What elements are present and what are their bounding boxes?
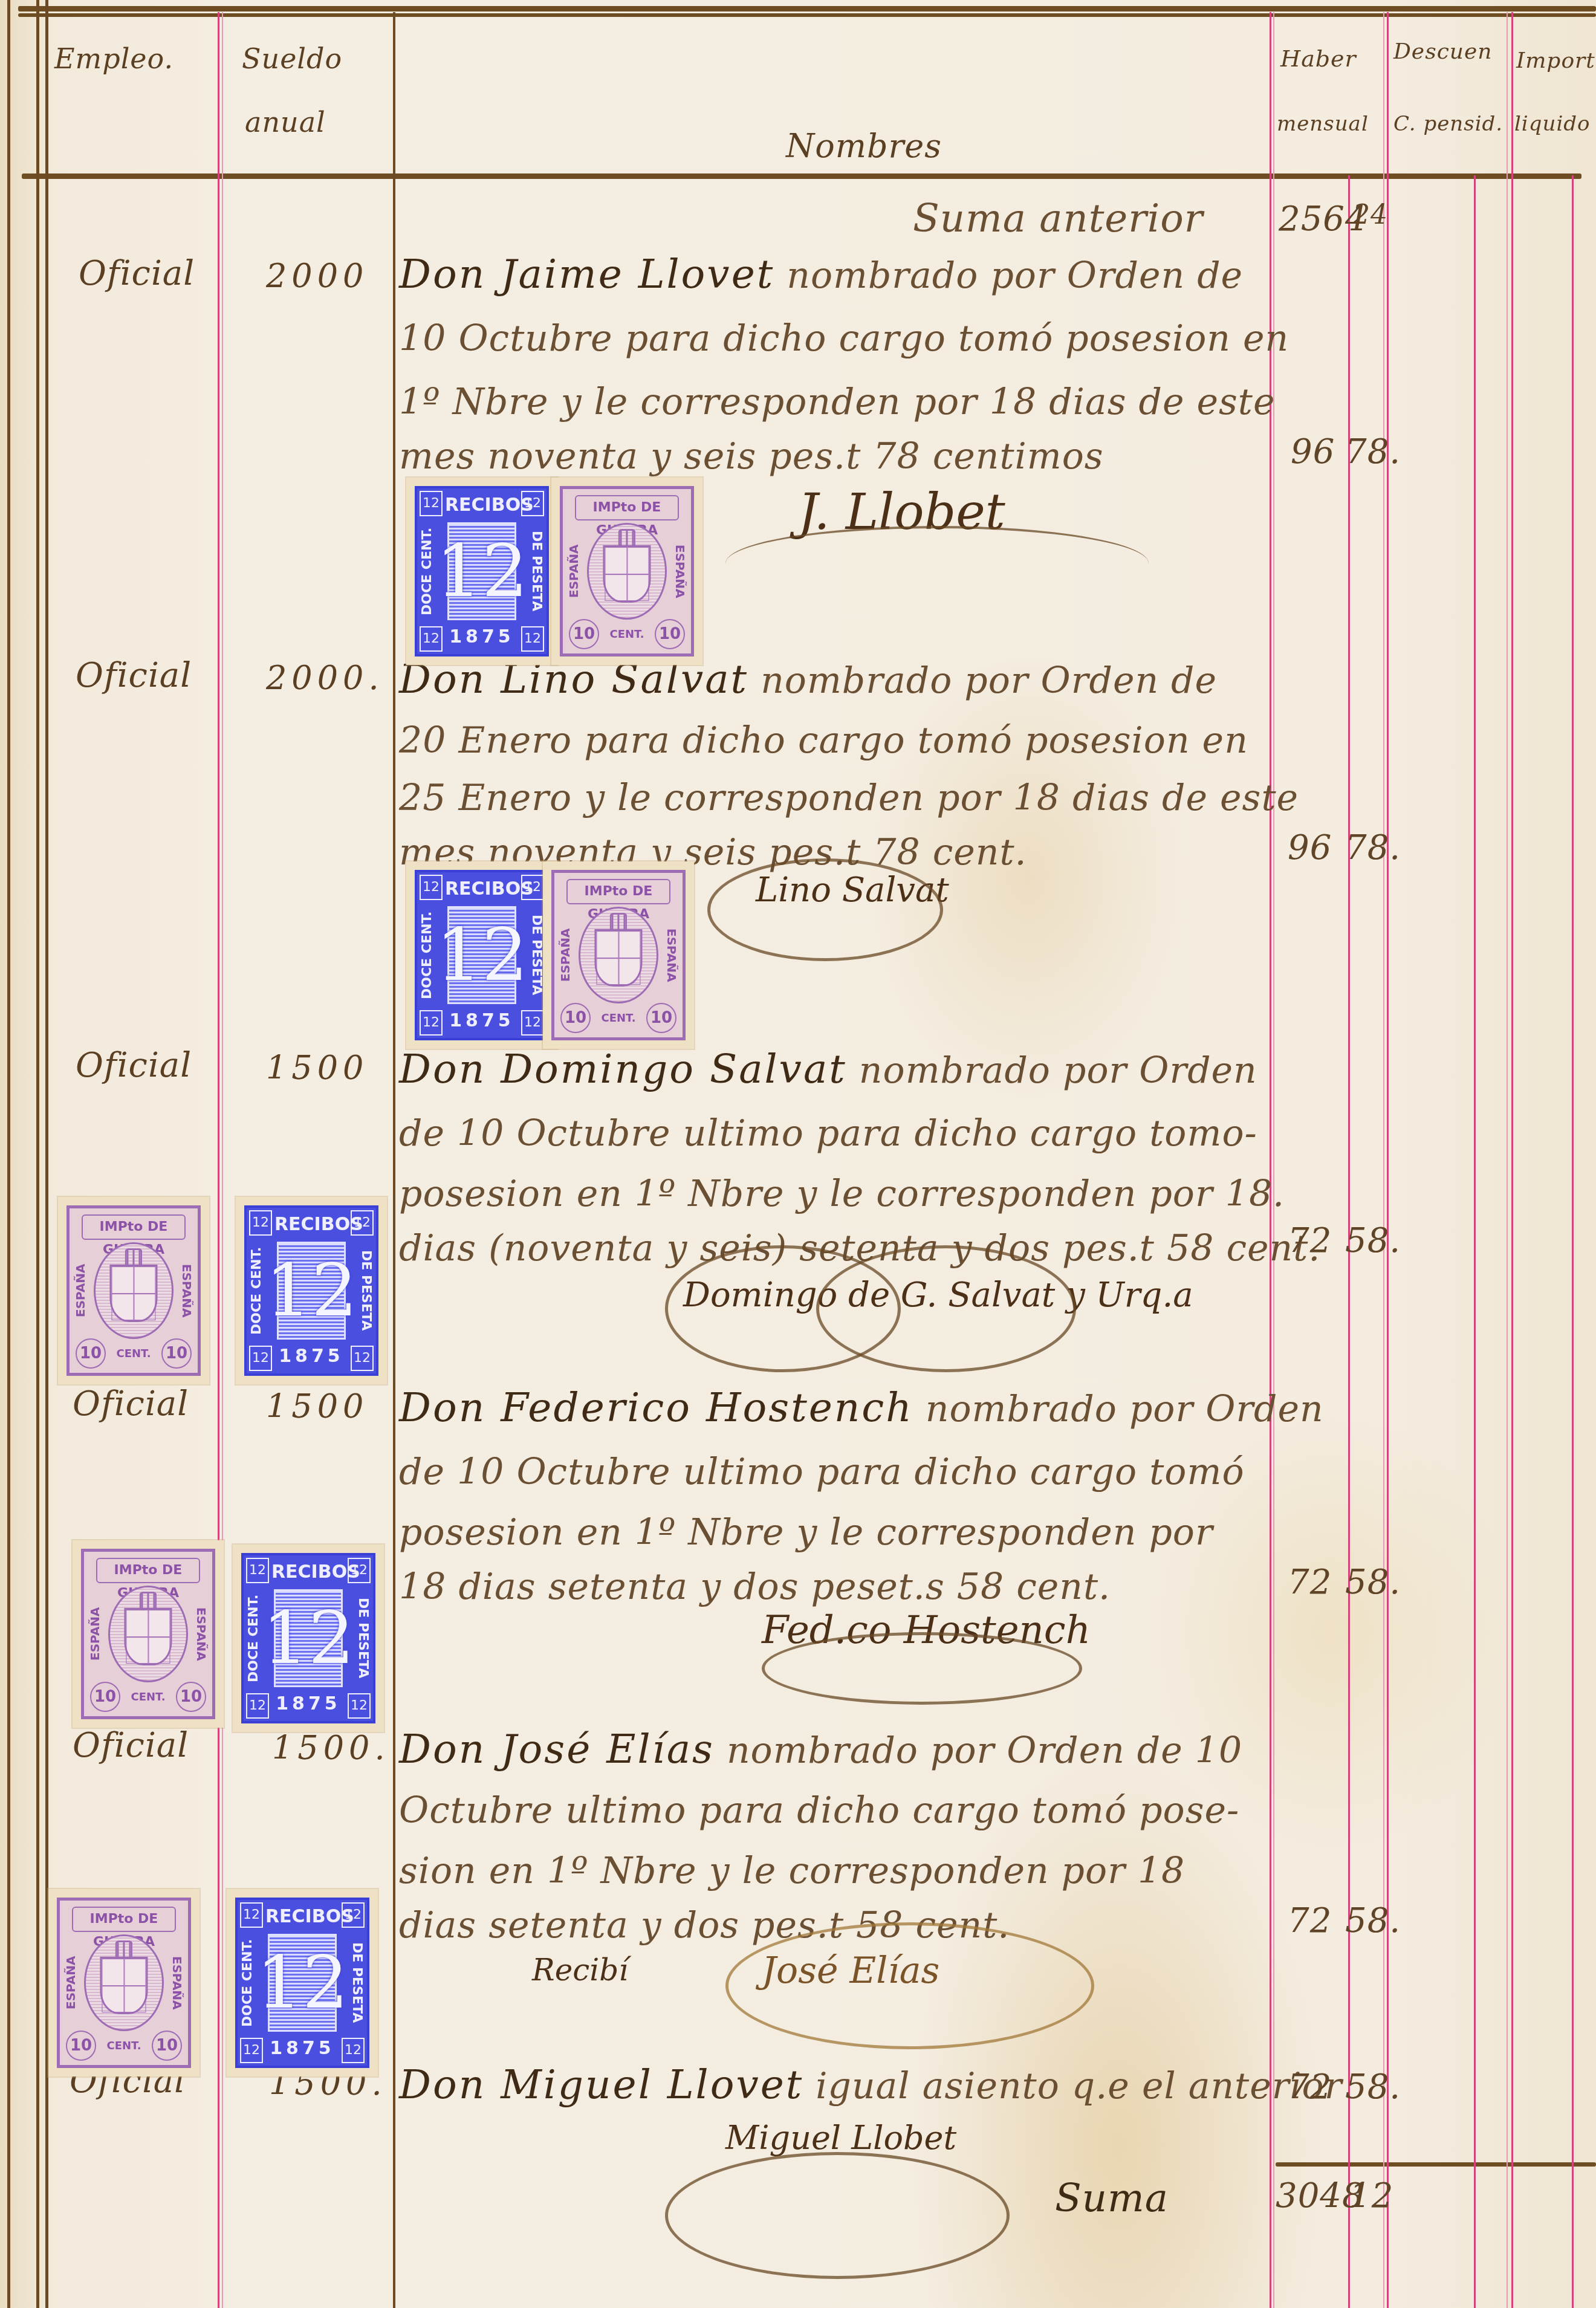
entry-centimos: 58. xyxy=(1345,2067,1401,2107)
stamp-value: 12 xyxy=(277,1242,346,1340)
signature-flourish xyxy=(762,1632,1082,1705)
signature-flourish xyxy=(665,2152,1010,2279)
stamp-value: 12 xyxy=(274,1589,343,1687)
entry-pesetas: 72 xyxy=(1288,1563,1332,1602)
entry-line-3: 1º Nbre y le corresponden por 18 dias de… xyxy=(399,381,1275,423)
entry-sueldo: 2000 xyxy=(266,257,368,295)
entry-pesetas: 72 xyxy=(1288,1221,1332,1260)
entry-empleo: Oficial xyxy=(73,1384,189,1424)
descuento-cents-rule xyxy=(1474,175,1476,2308)
header-importe-line2: liquido xyxy=(1514,112,1591,136)
entry-centimos: 58. xyxy=(1345,1563,1401,1602)
recibos-stamp-5: 12121212 RECIBOSDOCE CENT.DE PESETA12187… xyxy=(227,1889,378,2076)
entry-line-1: Don Miguel Llovet igual asiento q.e el a… xyxy=(399,2061,1342,2108)
entry-sueldo: 1500. xyxy=(272,1729,390,1767)
entry-line-1: Don José Elías nombrado por Orden de 10 xyxy=(399,1726,1242,1772)
header-empleo: Empleo. xyxy=(54,42,174,75)
left-border-outer xyxy=(7,0,10,2308)
entry-empleo: Oficial xyxy=(79,254,195,293)
empleo-sueldo-rule-2 xyxy=(222,12,223,2308)
importe-left-rule xyxy=(1511,12,1513,2308)
entry-line-1: Don Domingo Salvat nombrado por Orden xyxy=(399,1046,1257,1092)
entry-pesetas: 96 xyxy=(1291,432,1335,472)
carry-forward-centimos: 24 xyxy=(1353,199,1388,230)
guerra-stamp-5: IMPto DE GUERRAESPAÑAESPAÑA10CENT.10 xyxy=(48,1889,199,2076)
signature-flourish xyxy=(707,858,943,961)
entry-name: Don Domingo Salvat xyxy=(399,1046,847,1092)
header-sueldo-line1: Sueldo xyxy=(242,42,342,75)
entry-line-3: sion en 1º Nbre y le corresponden por 18 xyxy=(399,1850,1185,1892)
entry-sueldo: 2000. xyxy=(266,659,384,697)
guerra-stamp-1: IMPto DE GUERRAESPAÑAESPAÑA10CENT.10 xyxy=(551,478,702,665)
stamp-value: 12 xyxy=(268,1934,337,2032)
header-importe-line1: Import xyxy=(1516,48,1595,73)
descuento-left-rule xyxy=(1387,12,1389,2308)
entry-empleo: Oficial xyxy=(76,1046,192,1085)
signature-flourish xyxy=(725,1922,1094,2049)
entry-line-1: Don Federico Hostench nombrado por Orden xyxy=(399,1384,1324,1431)
entry-line-3: 25 Enero y le corresponden por 18 dias d… xyxy=(399,777,1299,819)
entry-line-2: 10 Octubre para dicho cargo tomó posesio… xyxy=(399,317,1289,360)
descuento-left-rule-2 xyxy=(1383,12,1384,2308)
recibos-stamp-3: 12121212 RECIBOSDOCE CENT.DE PESETA12187… xyxy=(236,1197,387,1384)
entry-line-2: Octubre ultimo para dicho cargo tomó pos… xyxy=(399,1789,1239,1832)
entry-name: Don Federico Hostench xyxy=(399,1384,913,1431)
importe-left-rule-2 xyxy=(1507,12,1508,2308)
guerra-stamp-4: IMPto DE GUERRAESPAÑAESPAÑA10CENT.10 xyxy=(73,1540,224,1728)
entry-line-2: 20 Enero para dicho cargo tomó posesion … xyxy=(399,719,1248,762)
entry-empleo: Oficial xyxy=(76,656,192,695)
entry-line-4: mes noventa y seis pes.t 78 centimos xyxy=(399,435,1104,478)
entry-line-3: posesion en 1º Nbre y le corresponden po… xyxy=(399,1173,1285,1215)
entry-line-1: Don Jaime Llovet nombrado por Orden de xyxy=(399,251,1243,297)
entry-name: Don José Elías xyxy=(399,1726,715,1772)
entry-sueldo: 1500 xyxy=(266,1049,368,1087)
entry-centimos: 58. xyxy=(1345,1901,1401,1940)
header-haber-line2: mensual xyxy=(1277,112,1369,136)
total-centimos: 12 xyxy=(1349,2176,1393,2216)
recibos-stamp-4: 12121212 RECIBOSDOCE CENT.DE PESETA12187… xyxy=(233,1545,384,1732)
empleo-sueldo-rule xyxy=(218,12,219,2308)
entry-empleo: Oficial xyxy=(73,1726,189,1765)
entry-sueldo: 1500 xyxy=(266,1387,368,1425)
header-descuento-line2: C. pensid. xyxy=(1393,112,1503,136)
entry-centimos: 58. xyxy=(1345,1221,1401,1260)
header-haber-line1: Haber xyxy=(1280,45,1357,72)
header-nombres: Nombres xyxy=(786,127,942,165)
entry-line-2: de 10 Octubre ultimo para dicho cargo to… xyxy=(399,1112,1257,1155)
importe-cents-rule xyxy=(1572,175,1574,2308)
entry-name: Don Miguel Llovet xyxy=(399,2061,803,2108)
guerra-stamp-3: IMPto DE GUERRAESPAÑAESPAÑA10CENT.10 xyxy=(58,1197,209,1384)
header-bottom-rule xyxy=(22,173,1581,179)
header-descuento-line1: Descuen xyxy=(1393,39,1492,64)
signature-flourish xyxy=(725,526,1149,601)
entry-centimos: 78. xyxy=(1345,432,1401,472)
stamp-value: 12 xyxy=(447,906,516,1004)
carry-forward-label: Suma anterior xyxy=(913,196,1203,241)
total-rule xyxy=(1276,2162,1596,2167)
recibos-stamp-2: 12121212 RECIBOSDOCE CENT.DE PESETA12187… xyxy=(406,861,557,1049)
entry-line-3: posesion en 1º Nbre y le corresponden po… xyxy=(399,1511,1213,1554)
entry-pesetas: 96 xyxy=(1288,828,1332,867)
entry-centimos: 78. xyxy=(1345,828,1401,867)
signature-flourish-2 xyxy=(816,1245,1076,1372)
entry-line-4: 18 dias setenta y dos peset.s 58 cent. xyxy=(399,1566,1111,1608)
entry-name: Don Jaime Llovet xyxy=(399,251,774,297)
top-rule-outer xyxy=(18,6,1596,11)
left-border-inner-a xyxy=(36,0,39,2308)
guerra-stamp-2: IMPto DE GUERRAESPAÑAESPAÑA10CENT.10 xyxy=(543,861,694,1049)
stamp-value: 12 xyxy=(447,522,516,620)
total-label: Suma xyxy=(1055,2176,1169,2221)
signature-prefix: Recibí xyxy=(532,1953,628,1988)
header-sueldo-line2: anual xyxy=(245,106,326,138)
top-rule-inner xyxy=(18,13,1596,17)
recibos-stamp-1: 12121212 RECIBOSDOCE CENT.DE PESETA12187… xyxy=(406,478,557,665)
entry-line-2: de 10 Octubre ultimo para dicho cargo to… xyxy=(399,1451,1245,1493)
nombres-left-rule xyxy=(393,12,395,2308)
signature: Miguel Llobet xyxy=(725,2119,956,2157)
entry-pesetas: 72 xyxy=(1288,2067,1332,2107)
entry-pesetas: 72 xyxy=(1288,1901,1332,1940)
